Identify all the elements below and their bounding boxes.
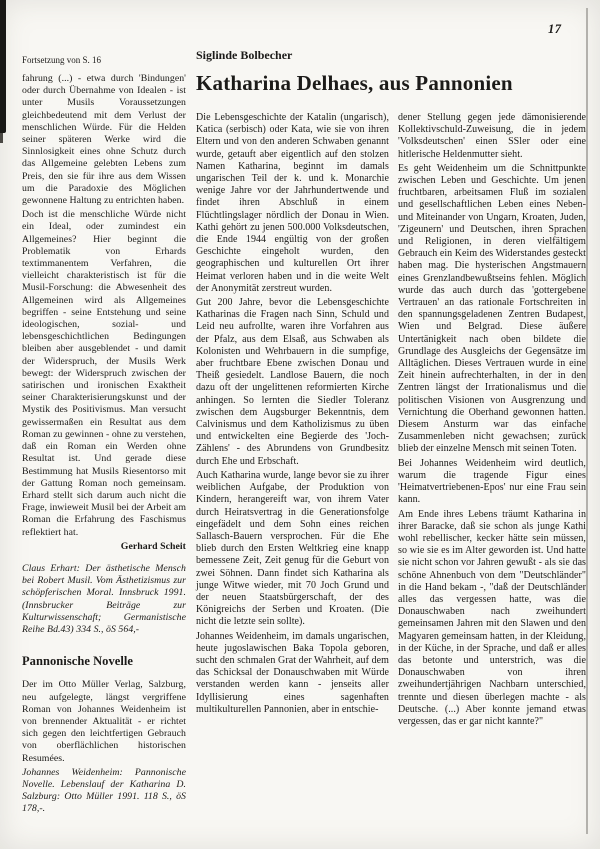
article-paragraph: Am Ende ihres Lebens träumt Katharina in…	[398, 509, 586, 729]
article-column-2: dener Stellung gegen jede dämonisierende…	[398, 112, 586, 730]
continuation-note: Fortsetzung von S. 16	[22, 55, 101, 65]
page-number: 17	[548, 22, 562, 37]
bibliography-entry: Claus Erhart: Der ästhetische Mensch bei…	[22, 563, 186, 636]
section-intro-paragraph: Der im Otto Müller Verlag, Salzburg, neu…	[22, 679, 186, 764]
article-paragraph: Bei Johannes Weidenheim wird deutlich, w…	[398, 458, 586, 507]
scan-artifact-left-edge-small	[0, 133, 3, 143]
article-column-1: Die Lebensgeschichte der Katalin (ungari…	[196, 112, 389, 718]
article-paragraph: Gut 200 Jahre, bevor die Lebensgeschicht…	[196, 297, 389, 468]
article-title: Katharina Delhaes, aus Pannonien	[196, 71, 588, 95]
article-paragraph: Johannes Weidenheim, im damals ungarisch…	[196, 631, 389, 716]
scan-line-right-edge	[586, 8, 588, 834]
section-heading: Pannonische Novelle	[22, 655, 186, 667]
article-paragraph: Die Lebensgeschichte der Katalin (ungari…	[196, 112, 389, 295]
bibliography-entry: Johannes Weidenheim: Pannonische Novelle…	[22, 767, 186, 816]
article-paragraph: dener Stellung gegen jede dämonisierende…	[398, 112, 586, 161]
left-column: fahrung (...) - etwa durch 'Bindungen' o…	[22, 73, 186, 818]
scan-artifact-left-edge	[0, 0, 6, 133]
magazine-page: 17 Fortsetzung von S. 16 fahrung (...) -…	[0, 0, 600, 849]
left-column-paragraph: Doch ist die menschliche Würde nicht ein…	[22, 209, 186, 538]
left-column-paragraph: fahrung (...) - etwa durch 'Bindungen' o…	[22, 73, 186, 207]
article-paragraph: Auch Katharina wurde, lange bevor sie zu…	[196, 470, 389, 629]
article-paragraph: Es geht Weidenheim um die Schnittpunkte …	[398, 163, 586, 456]
author-signature: Gerhard Scheit	[22, 541, 186, 553]
article-author: Siglinde Bolbecher	[196, 48, 588, 63]
article-header: Siglinde Bolbecher Katharina Delhaes, au…	[196, 48, 588, 95]
